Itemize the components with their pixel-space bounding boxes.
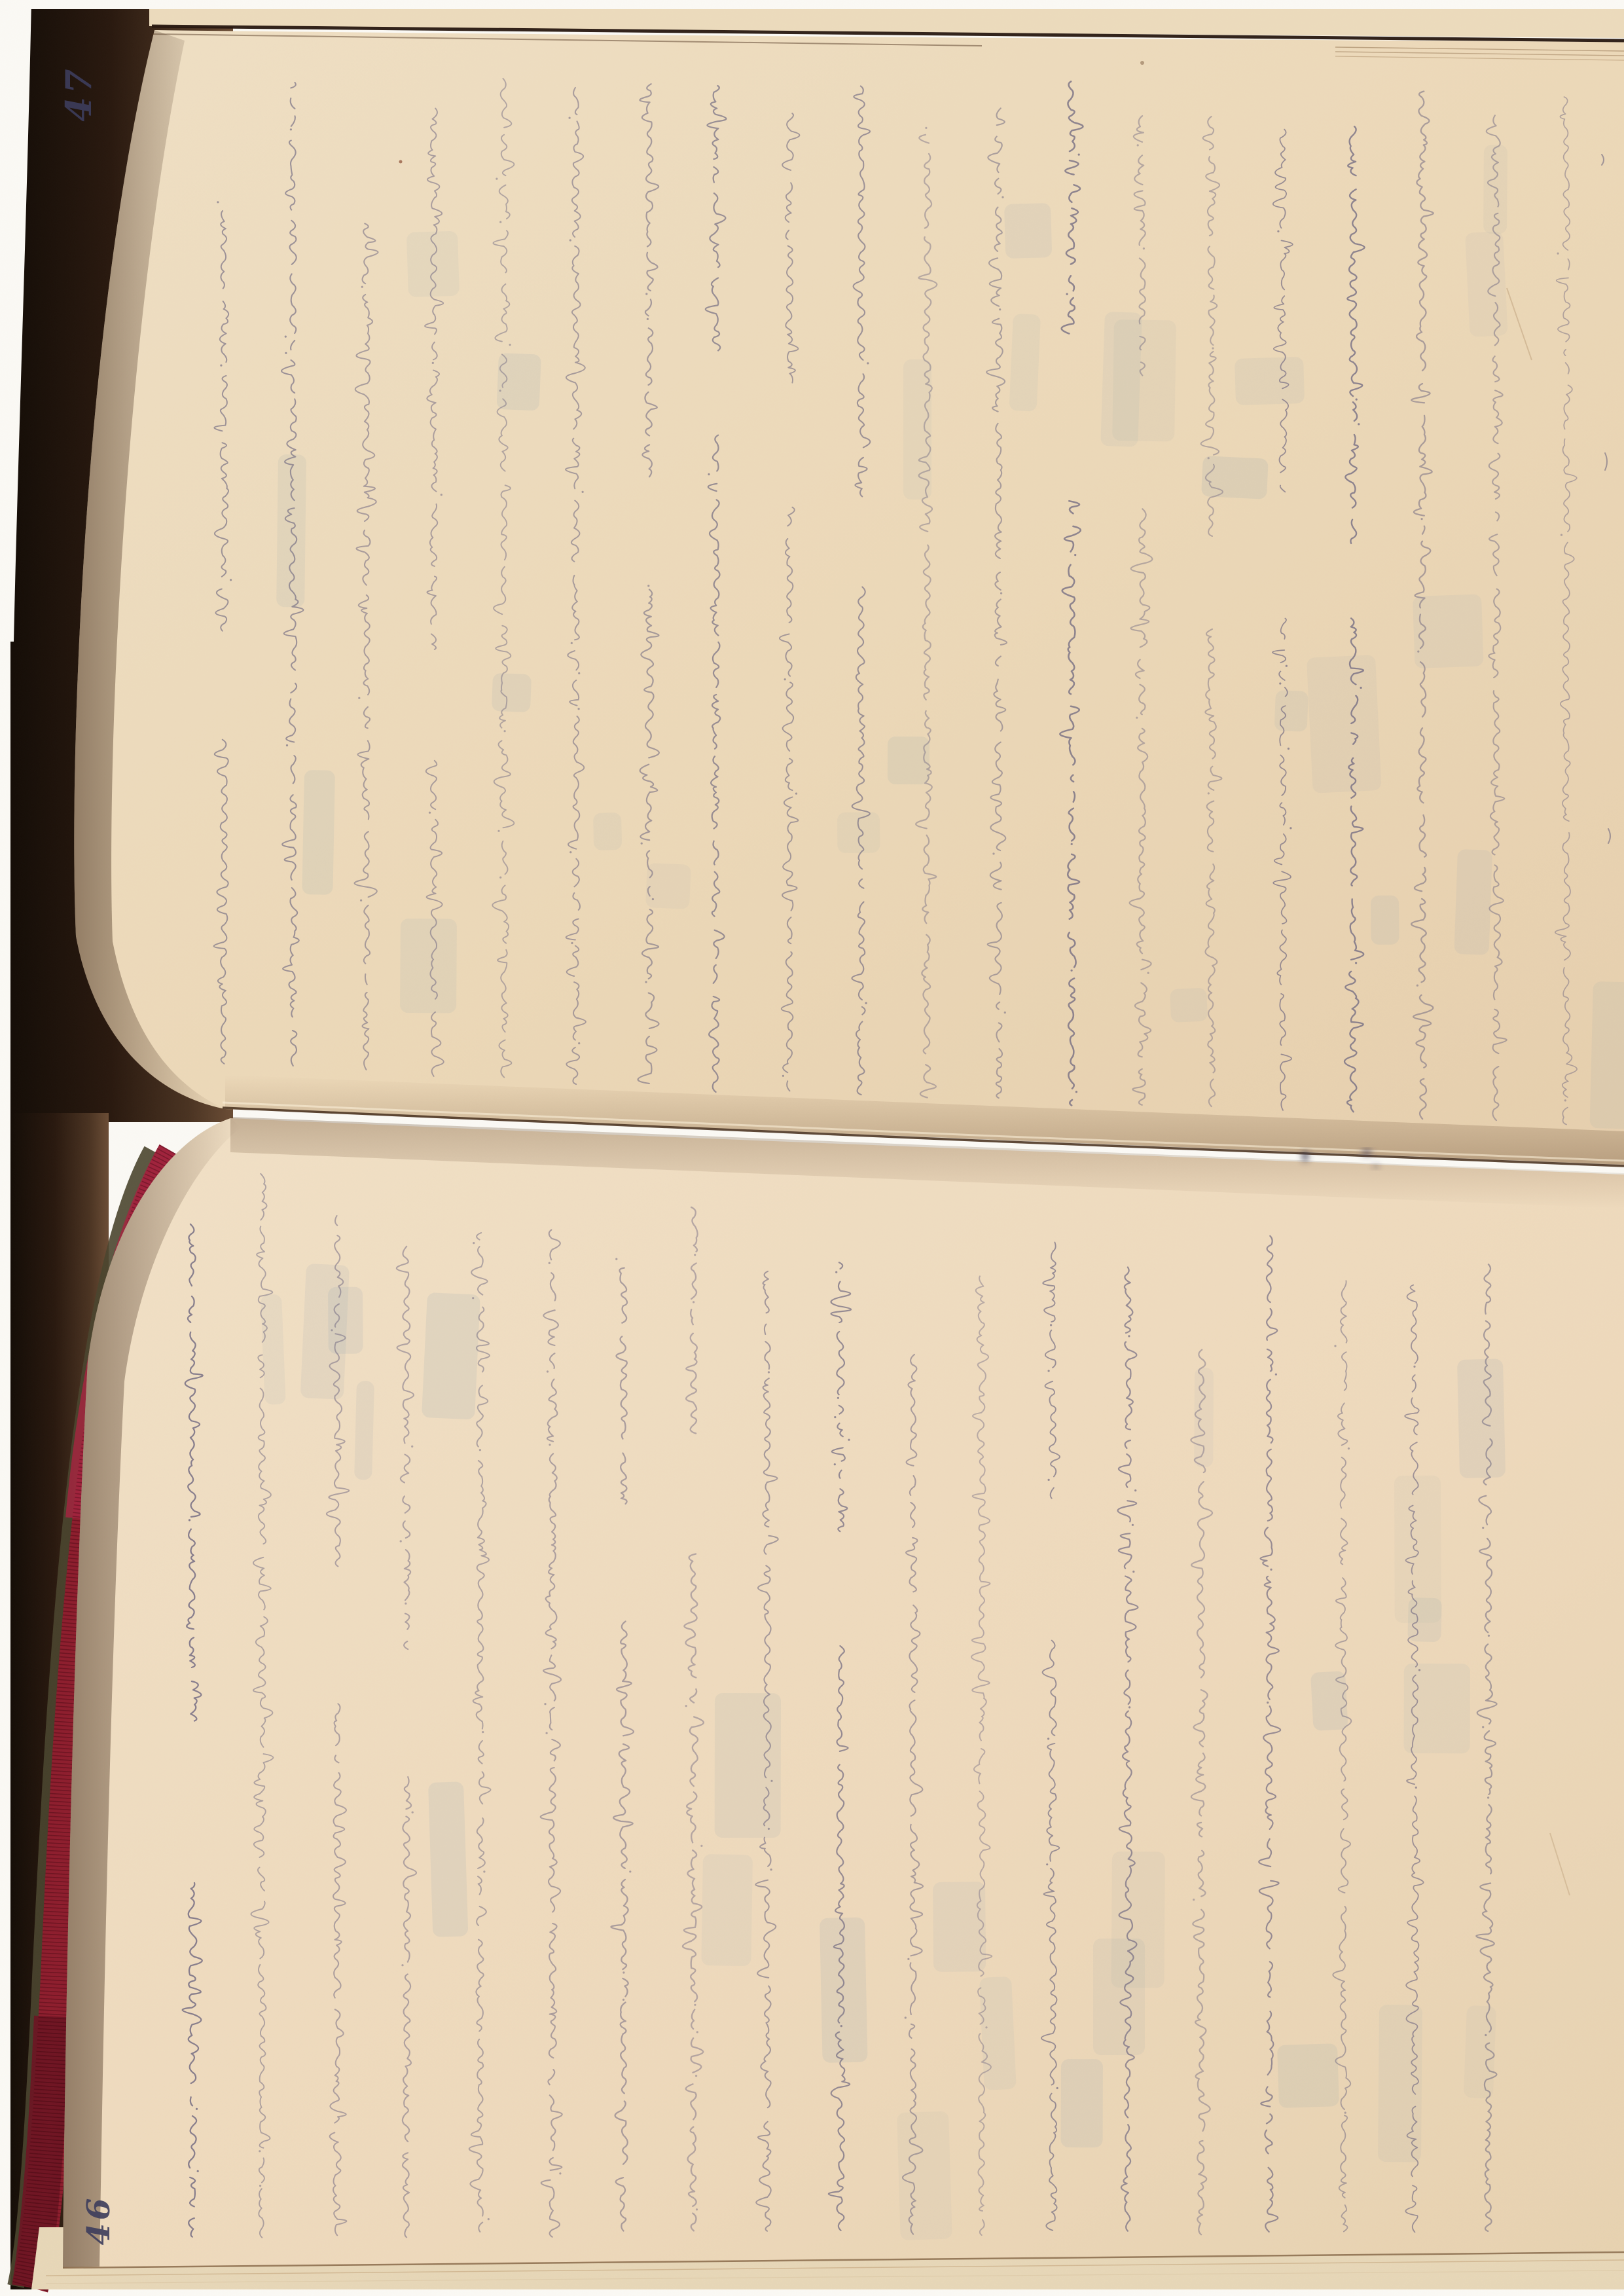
paper-grain [10,9,1624,2289]
page-number-47: 47 [54,56,103,132]
book-photo [0,0,1624,2296]
book-scan: 47 46 [0,0,1624,2296]
page-number-46: 46 [76,2184,122,2256]
